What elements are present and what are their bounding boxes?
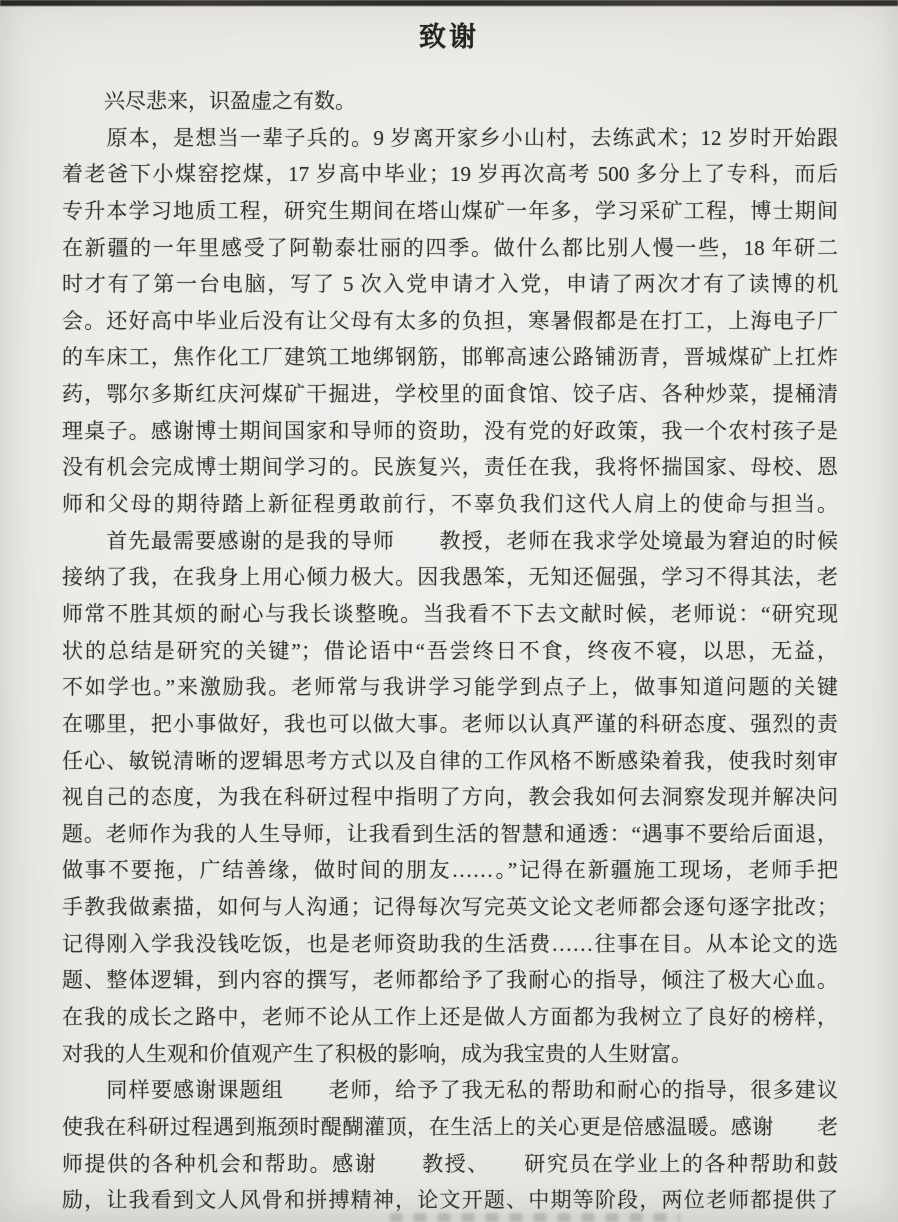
text-line: 在哪里，把小事做好，我也可以做大事。老师以认真严谨的科研态度、强烈的责	[62, 706, 838, 743]
document-page: 致谢 兴尽悲来，识盈虚之有数。 原本，是想当一辈子兵的。9 岁离开家乡小山村，去…	[0, 0, 898, 1222]
text-line: 任心、敏锐清晰的逻辑思考方式以及自律的工作风格不断感染着我，使我时刻审	[62, 743, 838, 780]
text-line: 专升本学习地质工程，研究生期间在塔山煤矿一年多，学习采矿工程，博士期间	[62, 193, 838, 230]
document-body: 兴尽悲来，识盈虚之有数。 原本，是想当一辈子兵的。9 岁离开家乡小山村，去练武术…	[62, 83, 838, 1219]
text-line: 会。还好高中毕业后没有让父母有太多的负担，寒暑假都是在打工，上海电子厂	[62, 303, 838, 340]
text-line: 对我的人生观和价值观产生了积极的影响，成为我宝贵的人生财富。	[62, 1036, 838, 1073]
text-line: 时才有了第一台电脑，写了 5 次入党申请才入党，申请了两次才有了读博的机	[62, 266, 838, 303]
text-line: 题。老师作为我的人生导师，让我看到生活的智慧和通透：“遇事不要给后面退，	[62, 816, 838, 853]
text-line: 兴尽悲来，识盈虚之有数。	[62, 83, 838, 120]
text-line: 在新疆的一年里感受了阿勒泰壮丽的四季。做什么都比别人慢一些，18 年研二	[62, 230, 838, 267]
cropped-text-artifact	[390, 1213, 680, 1222]
text-line: 同样要感谢课题组 老师，给予了我无私的帮助和耐心的指导，很多建议	[62, 1072, 838, 1109]
text-line: 在我的成长之路中，老师不论从工作上还是做人方面都为我树立了良好的榜样，	[62, 999, 838, 1036]
text-line: 不如学也。”来激励我。老师常与我讲学习能学到点子上，做事知道问题的关键	[62, 669, 838, 706]
text-line: 接纳了我，在我身上用心倾力极大。因我愚笨，无知还倔强，学习不得其法，老	[62, 559, 838, 596]
text-line: 视自己的态度，为我在科研过程中指明了方向，教会我如何去洞察发现并解决问	[62, 779, 838, 816]
text-line: 使我在科研过程遇到瓶颈时醍醐灌顶，在生活上的关心更是倍感温暖。感谢 老	[62, 1109, 838, 1146]
text-line: 着老爸下小煤窑挖煤，17 岁高中毕业；19 岁再次高考 500 多分上了专科，而…	[62, 156, 838, 193]
page-title: 致谢	[0, 15, 898, 54]
text-line: 师提供的各种机会和帮助。感谢 教授、 研究员在学业上的各种帮助和鼓	[62, 1146, 838, 1183]
text-line: 师和父母的期待踏上新征程勇敢前行，不辜负我们这代人肩上的使命与担当。	[62, 486, 838, 523]
text-line: 题、整体逻辑，到内容的撰写，老师都给予了我耐心的指导，倾注了极大心血。	[62, 962, 838, 999]
text-line: 理桌子。感谢博士期间国家和导师的资助，没有党的好政策，我一个农村孩子是	[62, 413, 838, 450]
text-line: 状的总结是研究的关键”；借论语中“吾尝终日不食，终夜不寝，以思，无益，	[62, 633, 838, 670]
text-line: 原本，是想当一辈子兵的。9 岁离开家乡小山村，去练武术；12 岁时开始跟	[62, 120, 838, 157]
text-line: 首先最需要感谢的是我的导师 教授，老师在我求学处境最为窘迫的时候	[62, 523, 838, 560]
text-line: 手教我做素描，如何与人沟通；记得每次写完英文论文老师都会逐句逐字批改；	[62, 889, 838, 926]
text-line: 做事不要拖，广结善缘，做时间的朋友……。”记得在新疆施工现场，老师手把	[62, 852, 838, 889]
text-line: 药，鄂尔多斯红庆河煤矿干掘进，学校里的面食馆、饺子店、各种炒菜，提桶清	[62, 376, 838, 413]
text-line: 记得刚入学我没钱吃饭，也是老师资助我的生活费……往事在目。从本论文的选	[62, 926, 838, 963]
text-line: 师常不胜其烦的耐心与我长谈整晚。当我看不下去文献时候，老师说：“研究现	[62, 596, 838, 633]
text-line: 没有机会完成博士期间学习的。民族复兴，责任在我，我将怀揣国家、母校、恩	[62, 449, 838, 486]
scan-edge-artifact	[0, 0, 898, 6]
text-line: 的车床工，焦作化工厂建筑工地绑钢筋，邯郸高速公路铺沥青，晋城煤矿上扛炸	[62, 339, 838, 376]
